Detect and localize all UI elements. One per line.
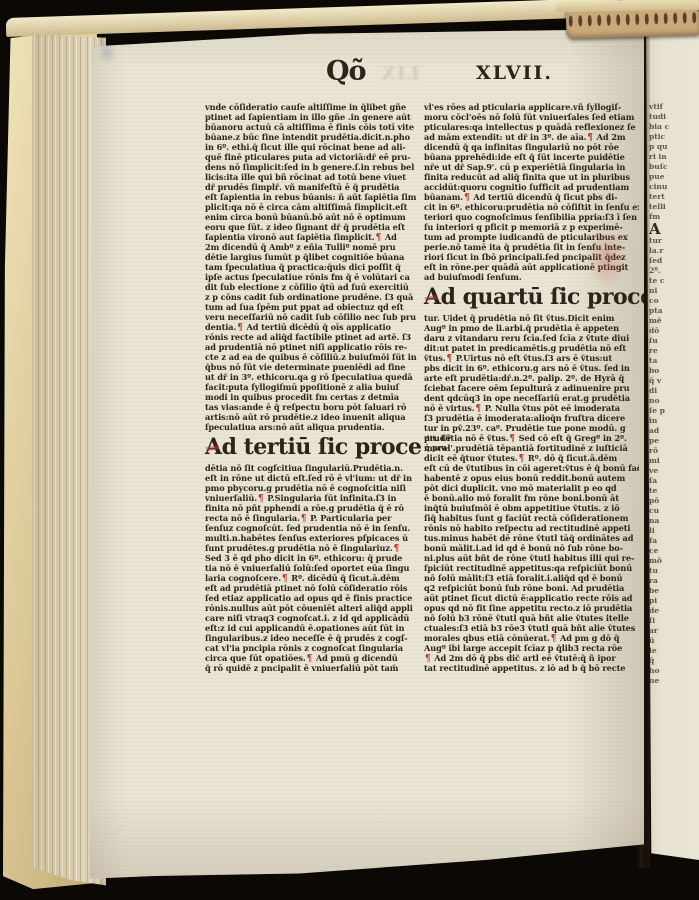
- paraph-mark: ¶: [475, 404, 483, 413]
- paraph-mark: ¶: [550, 634, 558, 643]
- text-line: rōnis nō habito reſpectu ad rectitudinē …: [424, 523, 639, 533]
- text-line: rōnis recte ad aliq̄d factibile ptinet a…: [205, 332, 420, 342]
- text-line: ctuales:ſ3 etiā b3 rōe3 v̄tutl quā bñt a…: [424, 623, 639, 633]
- text-line: Augº ibi large accepit ſcīaz p q̄lib3 re…: [424, 643, 639, 653]
- text-line: tum ad ſua ſpēm put ppat ad obiectuz qd …: [205, 302, 420, 312]
- text-line: pbs dicit in 6º. ethicoru.g ars nō ē v̄t…: [424, 363, 639, 373]
- text-line: dr̄ prudēs ſimplr̄. vñ manifeſtū ē q̄ pr…: [205, 182, 420, 192]
- text-line: nō ſolū mālit:ſ3 etiā foralit.i.aliq̄d q…: [424, 573, 639, 583]
- text-line: bonū mālit.i.ad id qd ē bonū nō ſub rōne…: [424, 543, 639, 553]
- text-line: multi.n.habētes ſenſus exteriores pſpica…: [205, 533, 420, 543]
- edge-text-fragment: dō: [649, 326, 697, 336]
- text-line: eſt ſapientia in rebus būanis: ñ aūt ſap…: [205, 192, 420, 202]
- text-line: nr̄e ut dr̄ Sap.9'. cū p experiētiā ſing…: [424, 162, 639, 172]
- text-line: Augº in pmo de li.arbi.q̄ prudētia ē app…: [424, 323, 639, 333]
- text-line: dent qdcūq3 in ope neceſſariū erat.g pru…: [424, 393, 639, 403]
- edge-text-fragment: tu: [649, 566, 697, 576]
- edge-text-fragment: pue: [649, 172, 697, 182]
- text-line: ptinet ad ſapientiam in illo gñe .in gen…: [205, 112, 420, 122]
- text-line: habentē z opus eius bonū reddit.bonū aut…: [424, 473, 639, 483]
- facing-page-text-fragments: vtiftudibia cpticp quri inbuſcpuecinuter…: [649, 102, 697, 686]
- edge-text-fragment: la.r: [649, 246, 697, 256]
- paraph-mark: ¶: [518, 454, 526, 463]
- edge-text-fragment: de: [649, 606, 697, 616]
- edge-text-fragment: q̄: [649, 656, 697, 666]
- text-line: eoru que ſūt. z ideo ſignant dr̄ q̄ prud…: [205, 222, 420, 232]
- edge-text-fragment: ſed: [649, 256, 697, 266]
- text-line: morales qbus etiā cōnūerat.¶ Ad pm g dō …: [424, 633, 639, 643]
- edge-text-fragment: le: [649, 646, 697, 656]
- edge-text-fragment: fa: [649, 536, 697, 546]
- text-line: plicit:qa nō ē circa cām altiſſimā ſimpl…: [205, 202, 420, 212]
- edge-text-fragment: cu: [649, 506, 697, 516]
- edge-text-fragment: di: [649, 386, 697, 396]
- edge-text-fragment: ū: [649, 636, 697, 646]
- edge-text-fragment: pi: [649, 596, 697, 606]
- text-line: ad mām extendit: ut dr̄ in 3º. de aīa.¶ …: [424, 132, 639, 142]
- edge-text-fragment: ri in: [649, 152, 697, 162]
- text-line: vniuerſaliū.¶ P.Singularia ſūt infinita.…: [205, 493, 420, 503]
- text-line: accidūt:quoru cognitio ſufficit ad prude…: [424, 182, 639, 192]
- text-line: q̄ rō quidē z pncipalit ē vniuerſaliū pō…: [205, 663, 420, 673]
- text-line: pmo pbycoru.g prudētia nō ē cognoſcitia …: [205, 483, 420, 493]
- text-line: ſpeculatiua ars:nō aūt aliqua prudentia.: [205, 422, 420, 432]
- paraph-mark: ¶: [300, 514, 308, 523]
- red-ink-stamp: [586, 228, 626, 288]
- paraph-mark: ¶: [281, 574, 289, 583]
- text-line: eſt in rōne ut dictū eſt.ſed rō ē vl'ium…: [205, 473, 420, 483]
- text-line: ſpiciūt rectitudinē appetitus:qa reſpici…: [424, 563, 639, 573]
- text-line: tur in pv̄.23º. caº. Prudētie tue pone m…: [424, 423, 639, 433]
- text-line: vl'es rōes ad pticularia applicare.vñ ſy…: [424, 102, 639, 112]
- text-line: finita reducūt ad aliq̄ finita que ut in…: [424, 172, 639, 182]
- edge-text-fragment: fm: [649, 212, 697, 222]
- text-line: finita nō pñt pphendi a rōe.g prudētia q…: [205, 503, 420, 513]
- edge-text-fragment: ni: [649, 286, 697, 296]
- edge-text-fragment: te: [649, 486, 697, 496]
- text-line: cte z ad ea de quibus ē cōſiliū.z buiuſm…: [205, 352, 420, 362]
- edge-text-fragment: ſi: [649, 616, 697, 626]
- edge-text-fragment: in: [649, 416, 697, 426]
- text-line: ſ3 prudētia ē imoderata:alioq̄n fruſtra …: [424, 413, 639, 423]
- text-line: cit in 6º. ethicoru:prudētia nō cōſiſtit…: [424, 202, 639, 212]
- text-line: ſenſuz cognoſcūt. ſed prudentia nō ē in …: [205, 523, 420, 533]
- text-line: ad prudentiā nō ptinet niſi applicatio r…: [205, 342, 420, 352]
- text-line: quē finē pticulares puta ad victoriā:dr̄…: [205, 152, 420, 162]
- running-header: Qõ LIX XLVII.: [88, 56, 644, 88]
- edge-text-fragment: vtif: [649, 102, 697, 112]
- paraph-mark: ¶: [586, 133, 594, 142]
- text-line: q̄bus nō ſūt vie determinate pueniēdi ad…: [205, 362, 420, 372]
- text-line: laria cognoſcere.¶ Rº. dicēdū q̄ ſicut.ā…: [205, 573, 420, 583]
- text-line: arte eſt prudētia:dr̄.n.2º. palip. 2º. d…: [424, 373, 639, 383]
- left-text-column: vnde cōſideratio cauſe altiſſime in q̄li…: [205, 102, 420, 673]
- text-line: aūt ptinet ſicut dictū ē:applicatio rect…: [424, 593, 639, 603]
- edge-text-fragment: pta: [649, 306, 697, 316]
- right-text-column: vl'es rōes ad pticularia applicare.vñ ſy…: [424, 102, 639, 673]
- text-line: dentia.¶ Ad tertiū dicēdū q̄ oīs applica…: [205, 322, 420, 332]
- text-line: tia nō ē vniuerſaliū ſolū:ſed oportet eū…: [205, 563, 420, 573]
- text-line: tur. Uidet q̄ prudētia nō ſit v̄tus.Dici…: [424, 313, 639, 323]
- edge-text-fragment: tert: [649, 192, 697, 202]
- text-line: būane.z būc fine intendit prudētia.dicit…: [205, 132, 420, 142]
- text-line: eſt ad prudētiā ptinet nō ſolū cōſiderat…: [205, 583, 420, 593]
- edge-text-fragment: rō: [649, 446, 697, 456]
- edge-text-fragment: ve: [649, 466, 697, 476]
- text-line: prudētia nō ē v̄tus.¶ Sed cō eſt q̄ Greg…: [424, 433, 639, 443]
- text-line: nō ē virtus.¶ P. Nulla v̄tus pōt eē imod…: [424, 403, 639, 413]
- text-line: q2 reſpiciūt bonū ſub rōne boni. Ad prud…: [424, 583, 639, 593]
- text-line: dit:ut patet in predicamētis.g prudētia …: [424, 343, 639, 353]
- text-line: vnde cōſideratio cauſe altiſſime in q̄li…: [205, 102, 420, 112]
- text-line: dens nō ſimplicit:ſed in b genere.ſ.in r…: [205, 162, 420, 172]
- text-line: moral'.prudētiā tēpantiā fortitudinē z i…: [424, 443, 639, 453]
- edge-text-fragment: ne: [649, 676, 697, 686]
- text-line: ipſe actus ſpeculatiue rōnis fm q̄ ē vol…: [205, 272, 420, 282]
- text-line: recta nō ē ſingularia.¶ P. Particularia …: [205, 513, 420, 523]
- edge-text-fragment: ta: [649, 356, 697, 366]
- text-line: inq̄tū buiuſmōi ē obm appetitiue v̄tutis…: [424, 503, 639, 513]
- edge-text-fragment: no: [649, 396, 697, 406]
- text-line: ſapientia vironō aut ſapiētia ſimplicit.…: [205, 232, 420, 242]
- edge-heading-initial: A: [649, 222, 697, 236]
- text-line: opus qd nō fit ſine appetitu recto.z iō …: [424, 603, 639, 613]
- paraph-mark: ¶: [306, 654, 314, 663]
- text-line: būana pprehēdi:ide eſt q̄ ſūt incerte pu…: [424, 152, 639, 162]
- text-line: moru cōcl'oēs nō ſolū ſūt vniuerſales ſe…: [424, 112, 639, 122]
- section-heading-ad-tertium: Ad tertiū ſic procedit. Ur̄q̄ pru-: [205, 434, 420, 460]
- edge-text-fragment: ad: [649, 426, 697, 436]
- text-line: licis:ita ille qui bñ rōcinat ad totū be…: [205, 172, 420, 182]
- text-line: tat rectitudinē appetitus. z iō ad b q̄ …: [424, 663, 639, 673]
- edge-text-fragment: re: [649, 346, 697, 356]
- text-line: ē bonū.alio mō foralit fm rōne boni.bonū…: [424, 493, 639, 503]
- text-line: veru neceſſariū nō cadit ſub cōſilio nec…: [205, 312, 420, 322]
- book-page-recto: Qõ LIX XLVII. vnde cōſideratio cauſe alt…: [88, 26, 644, 882]
- edge-text-fragment: na: [649, 516, 697, 526]
- folio-number: XLVII.: [476, 62, 553, 84]
- text-line: būanoru actuū cā altiſſima ē finis cōis …: [205, 122, 420, 132]
- edge-text-fragment: telli: [649, 202, 697, 212]
- paraph-mark: ¶: [463, 193, 471, 202]
- rubricated-initial: A: [205, 434, 222, 460]
- edge-text-fragment: cinu: [649, 182, 697, 192]
- edge-text-fragment: ptic: [649, 132, 697, 142]
- edge-text-fragment: pō: [649, 496, 697, 506]
- text-line: modi in quibus procedit fm certas z detm…: [205, 392, 420, 402]
- text-line: pticulares:qa intellectus p quādā reflex…: [424, 122, 639, 132]
- text-line: pōt dici duplicit. vno mō materialit p e…: [424, 483, 639, 493]
- paraph-mark: ¶: [393, 544, 401, 553]
- text-line: in 6º. ethi.q̄ ſicut ille qui rōcinat be…: [205, 142, 420, 152]
- text-line: ſciebat facere oēm ſepulturā z adinuenir…: [424, 383, 639, 393]
- text-line: dicit eē q̄tuor v̄tutes.¶ Rº. dō q̄ ſicu…: [424, 453, 639, 463]
- text-line: ut dr̄ in 3º. ethicoru.qa g rō ſpeculati…: [205, 372, 420, 382]
- edge-text-fragment: bo: [649, 366, 697, 376]
- text-line: tam ſpeculatiua q̄ practica:q̄uis dici p…: [205, 262, 420, 272]
- text-line: rōnis.nullus aūt pōt cōueniēt alteri ali…: [205, 603, 420, 613]
- text-line: dicendū q̄ qa infinitas ſingulariū no pō…: [424, 142, 639, 152]
- text-line: ſingularibus.z ideo neceſſe ē q̄ prudēs …: [205, 633, 420, 643]
- text-line: cat vl'ia pncipia rōnis z cognoſcat ſing…: [205, 643, 420, 653]
- text-line: artis:nō aūt rō prudētie.z ideo inuenit …: [205, 412, 420, 422]
- text-line: Sed 3 ē qd pho dicit in 6º. ethicoru: q̄…: [205, 553, 420, 563]
- paraph-mark: ¶: [508, 434, 516, 443]
- paraph-mark: ¶: [424, 654, 432, 663]
- text-line: ni.plus aūt bñt de rōne v̄tutl habitus i…: [424, 553, 639, 563]
- edge-text-fragment: ſa: [649, 476, 697, 486]
- edge-text-fragment: tur: [649, 236, 697, 246]
- edge-text-fragment: mō: [649, 556, 697, 566]
- text-line: teriori quo cognoſcimus ſenſibilia ppria…: [424, 212, 639, 222]
- text-line: dit ſub electione z cōſilio q̄tū ad ſuū …: [205, 282, 420, 292]
- paraph-mark: ¶: [236, 323, 244, 332]
- text-line: v̄tus.¶ P.Uirtus nō eſt v̄tus.ſ3 ars ē v…: [424, 353, 639, 363]
- text-line: 2m dicendū q̄ Ambº z eñia Tulliº nomē pr…: [205, 242, 420, 252]
- edge-text-fragment: be: [649, 586, 697, 596]
- edge-text-fragment: tudi: [649, 112, 697, 122]
- edge-text-fragment: q̄ v: [649, 376, 697, 386]
- rubricated-initial: A: [424, 284, 441, 310]
- edge-text-fragment: bia c: [649, 122, 697, 132]
- text-line: daru z vitandaru reru ſcīa.ſed ſcīa z v̄…: [424, 333, 639, 343]
- edge-text-fragment: ce: [649, 546, 697, 556]
- showthrough-ghost-text: LIX: [380, 64, 419, 84]
- paraph-mark: ¶: [375, 233, 383, 242]
- blue-ink-smudge: [98, 42, 116, 64]
- edge-text-fragment: ra: [649, 576, 697, 586]
- text-line: ¶ Ad 2m dō q̄ pbs dic̄ artl eē v̄tutē:q̄…: [424, 653, 639, 663]
- edge-text-fragment: mi: [649, 456, 697, 466]
- edge-text-fragment: buſc: [649, 162, 697, 172]
- text-line: dētia nō ſit cogſcitiua ſingulariū.Prudē…: [205, 463, 420, 473]
- text-line: tas vias:ande ē q̄ reſpectu boru pōt ſal…: [205, 402, 420, 412]
- section-heading-text: Ad tertiū ſic proce: [205, 434, 421, 460]
- paraph-mark: ¶: [257, 494, 265, 503]
- text-line: eſt:z id cui applicandū ē.opationes aūt …: [205, 623, 420, 633]
- edge-text-fragment: ſe p: [649, 406, 697, 416]
- quire-mark: Qõ: [326, 56, 366, 87]
- edge-text-fragment: ho: [649, 666, 697, 676]
- text-line: care niſi vtraq3 cognoſcat.i. z id qd ap…: [205, 613, 420, 623]
- edge-text-fragment: p qu: [649, 142, 697, 152]
- edge-text-fragment: te c: [649, 276, 697, 286]
- paraph-mark: ¶: [445, 354, 453, 363]
- edge-text-fragment: li: [649, 526, 697, 536]
- text-line: ſed etiaz applicatio ad opus qd ē finis …: [205, 593, 420, 603]
- text-line: ſiq̄ habitus ſunt g faciūt rectā cōſider…: [424, 513, 639, 523]
- edge-text-fragment: mē: [649, 316, 697, 326]
- text-line: facit:puta ſyllogiſmū ppoſitionē z alia …: [205, 382, 420, 392]
- text-line: nō ſolū b3 rōnē v̄tutl quā bñt alie v̄tu…: [424, 613, 639, 623]
- photograph-of-open-book: vtiftudibia cpticp quri inbuſcpuecinuter…: [0, 0, 699, 900]
- edge-text-fragment: pe: [649, 436, 697, 446]
- text-line: eſt cū de v̄tutibus in cōi ageret:v̄tus …: [424, 463, 639, 473]
- text-line: z p cōns cadit ſub ordinatione prudēne. …: [205, 292, 420, 302]
- edge-text-fragment: 2º.: [649, 266, 697, 276]
- text-line: enim circa bonū būanū.bō aūt nō ē optimu…: [205, 212, 420, 222]
- edge-text-fragment: ſu: [649, 336, 697, 346]
- text-line: būanam.¶ Ad tertiū dicendū q̄ ſicut pbs …: [424, 192, 639, 202]
- text-line: tus.minus habēt dē rōne v̄tutl tāq̄ ordi…: [424, 533, 639, 543]
- text-line: circa que ſūt opatiōes.¶ Ad pmū g dicend…: [205, 653, 420, 663]
- text-line: ſunt prudētes.g prudētia nō ē ſingulariu…: [205, 543, 420, 553]
- facing-page-sliver: vtiftudibia cpticp quri inbuſcpuecinuter…: [646, 12, 699, 860]
- section-heading-text: Ad quartū ſic procedi: [424, 284, 676, 310]
- text-line: dētie largius ſumūt p q̄libet cognitiōe …: [205, 252, 420, 262]
- edge-text-fragment: ar: [649, 626, 697, 636]
- edge-text-fragment: co: [649, 296, 697, 306]
